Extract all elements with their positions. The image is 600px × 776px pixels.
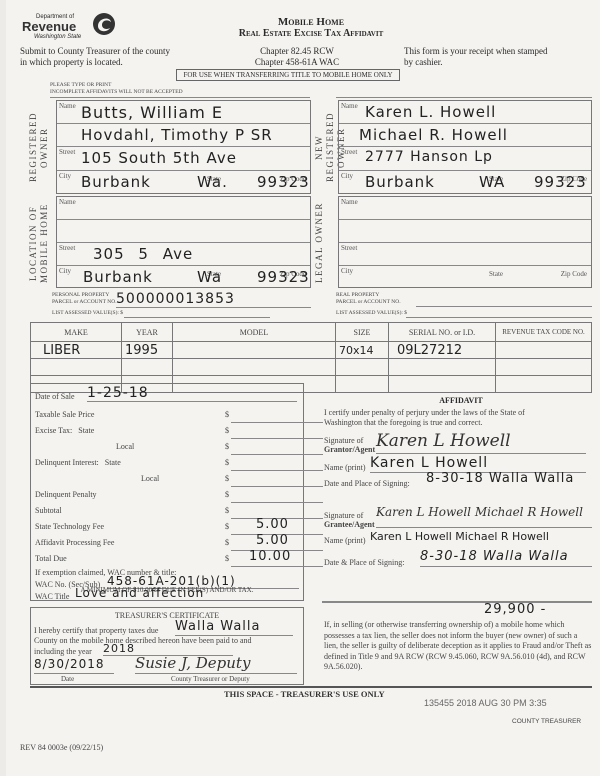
new-registered-owner-box: NameKaren L. Howell Michael R. Howell St…: [338, 100, 592, 194]
affidavit-certification: I certify under penalty of perjury under…: [324, 408, 525, 428]
fee-label: Delinquent Interest: State: [35, 458, 121, 467]
personal-property-parcel-label: PERSONAL PROPERTY PARCEL or ACCOUNT NO.: [52, 292, 117, 306]
table-row: LIBER 1995 70x14 09L27212: [31, 342, 592, 359]
location-box: Name Street305 5 Ave CityBurbankStateWaZ…: [56, 196, 311, 288]
state-technology-fee-value: 5.00: [256, 517, 289, 532]
grantee-signature-label: Signature of Grantee/Agent: [324, 511, 375, 529]
form-title: Mobile Home Real Estate Excise Tax Affid…: [186, 16, 436, 39]
model-cell[interactable]: [173, 342, 336, 359]
registered-owner-state[interactable]: Wa.: [197, 173, 228, 191]
table-header-row: MAKE YEAR MODEL SIZE SERIAL NO. or I.D. …: [31, 323, 592, 342]
delinquent-interest-local-field[interactable]: [231, 472, 323, 487]
certificate-date-label: Date: [61, 675, 74, 683]
transfer-notice: FOR USE WHEN TRANSFERRING TITLE TO MOBIL…: [176, 69, 400, 81]
new-owner-city[interactable]: Burbank: [365, 173, 435, 191]
new-registered-owner-section-label: NEW REGISTERED OWNER: [314, 100, 338, 195]
fee-label: Local: [141, 474, 159, 483]
treasurer-certificate-box: TREASURER'S CERTIFICATE I hereby certify…: [30, 607, 304, 685]
fee-label: Excise Tax: State: [35, 426, 94, 435]
real-property-parcel-field[interactable]: [416, 306, 592, 307]
table-row: [31, 359, 592, 376]
registered-owner-street[interactable]: 105 South 5th Ave: [81, 149, 237, 167]
certificate-county-value[interactable]: Walla Walla: [175, 619, 293, 636]
grantor-date-value[interactable]: 8-30-18 Walla Walla: [426, 471, 592, 488]
new-owner-state[interactable]: WA: [479, 173, 505, 191]
affidavit-title: AFFIDAVIT: [316, 396, 600, 405]
logo-name: Revenue: [22, 19, 76, 34]
assessed-value-right-label: LIST ASSESSED VALUE(S): $: [336, 310, 407, 316]
grantor-date-label: Date and Place of Signing:: [324, 479, 410, 488]
size-cell[interactable]: 70x14: [336, 342, 389, 359]
fee-label: Delinquent Penalty: [35, 490, 97, 499]
make-cell[interactable]: LIBER: [31, 342, 122, 359]
treasurer-signature[interactable]: Susie J, Deputy: [135, 654, 297, 674]
delinquent-penalty-field[interactable]: [231, 488, 323, 503]
assessed-value-left-label: LIST ASSESSED VALUE(S): $: [52, 310, 123, 316]
fee-label: Total Due: [35, 554, 67, 563]
location-city[interactable]: Burbank: [83, 268, 153, 286]
location-section-label: LOCATION OF MOBILE HOME: [28, 196, 52, 290]
registered-owner-section-label: REGISTERED OWNER: [28, 100, 52, 195]
location-street[interactable]: 305 5 Ave: [93, 245, 193, 263]
chapter-refs: Chapter 82.45 RCW Chapter 458-61A WAC: [242, 46, 352, 68]
logo-state: Washington State: [34, 34, 81, 40]
handwritten-amount: 29,900 -: [484, 602, 546, 617]
certificate-signature-label: County Treasurer or Deputy: [171, 675, 250, 683]
form-revision-id: REV 84 0003e (09/22/15): [20, 743, 103, 752]
registered-owner-name-2[interactable]: Hovdahl, Timothy P SR: [81, 126, 273, 144]
registered-owner-zip[interactable]: 99323: [257, 173, 310, 191]
fee-label: Local: [116, 442, 134, 451]
cashier-stamp: 135455 2018 AUG 30 PM 3:35: [424, 698, 547, 708]
certificate-line1: I hereby certify that property taxes due: [34, 626, 158, 635]
registered-owner-city[interactable]: Burbank: [81, 173, 151, 191]
cashier-stamp-office: COUNTY TREASURER: [512, 718, 581, 725]
treasurer-use-only-title: THIS SPACE - TREASURER'S USE ONLY: [224, 689, 385, 699]
new-owner-street[interactable]: 2777 Hanson Lp: [365, 149, 493, 165]
date-of-sale-value[interactable]: 1-25-18: [87, 385, 297, 402]
taxable-sale-price-field[interactable]: [231, 408, 323, 423]
submit-instructions: Submit to County Treasurer of the county…: [20, 46, 170, 68]
print-instructions: PLEASE TYPE OR PRINT INCOMPLETE AFFIDAVI…: [50, 82, 183, 96]
new-owner-zip[interactable]: 99323: [534, 173, 587, 191]
new-owner-name-2[interactable]: Michael R. Howell: [359, 126, 508, 144]
total-due-value: 10.00: [249, 549, 291, 564]
personal-property-parcel-value[interactable]: 500000013853: [116, 291, 311, 308]
assessed-value-right-field[interactable]: [406, 317, 592, 318]
dor-logo: Department of Revenue Washington State: [22, 12, 112, 42]
grantor-signature[interactable]: Karen L Howell: [376, 431, 586, 454]
delinquent-interest-state-field[interactable]: [231, 456, 323, 471]
legal-owner-section-label: LEGAL OWNER: [314, 196, 338, 290]
fee-label: Taxable Sale Price: [35, 410, 94, 419]
registered-owner-box: NameButts, William E Hovdahl, Timothy P …: [56, 100, 311, 194]
serial-cell[interactable]: 09L27212: [389, 342, 496, 359]
legal-owner-box: Name Street CityStateZip Code: [338, 196, 592, 288]
date-of-sale-label: Date of Sale: [35, 392, 75, 401]
grantor-signature-label: Signature of Grantor/Agent: [324, 436, 375, 454]
title-line2: Real Estate Excise Tax Affidavit: [186, 28, 436, 39]
year-cell[interactable]: 1995: [122, 342, 173, 359]
location-zip[interactable]: 99323: [257, 268, 310, 286]
affidavit-form-page: Department of Revenue Washington State M…: [6, 0, 600, 776]
grantor-name-label: Name (print): [324, 463, 366, 472]
sale-fees-box: Date of Sale 1-25-18 Taxable Sale Price …: [30, 383, 304, 601]
grantee-name-value[interactable]: Karen L Howell Michael R Howell: [370, 530, 592, 545]
certificate-line3: including the year: [34, 647, 92, 656]
real-property-parcel-label: REAL PROPERTY PARCEL or ACCOUNT NO.: [336, 292, 401, 306]
excise-tax-state-field[interactable]: [231, 424, 323, 439]
title-line1: Mobile Home: [186, 16, 436, 28]
lien-warning-text: If, in selling (or otherwise transferrin…: [324, 620, 592, 673]
tax-code-cell[interactable]: [496, 342, 592, 359]
location-state[interactable]: Wa: [197, 268, 222, 286]
fee-label: Subtotal: [35, 506, 62, 515]
fee-label: State Technology Fee: [35, 522, 104, 531]
grantee-signature[interactable]: Karen L Howell Michael R Howell: [376, 505, 592, 528]
assessed-value-left-field[interactable]: [124, 317, 270, 318]
affidavit-processing-fee-value: 5.00: [256, 533, 289, 548]
receipt-note: This form is your receipt when stamped b…: [404, 46, 547, 68]
registered-owner-name-1[interactable]: Butts, William E: [81, 103, 223, 122]
new-owner-name-1[interactable]: Karen L. Howell: [365, 103, 496, 121]
grantee-date-label: Date & Place of Signing:: [324, 558, 404, 567]
certificate-date-value[interactable]: 8/30/2018: [34, 657, 114, 674]
minimum-due-notice: A MINIMUM OF $10.00 IS DUE IN FEE(S) AND…: [30, 586, 304, 594]
grantee-name-label: Name (print): [324, 536, 366, 545]
excise-tax-local-field[interactable]: [231, 440, 323, 455]
fee-label: Affidavit Processing Fee: [35, 538, 114, 547]
dor-swirl-logo-icon: [92, 12, 116, 36]
grantee-date-value[interactable]: 8-30-18 Walla Walla: [420, 549, 592, 567]
